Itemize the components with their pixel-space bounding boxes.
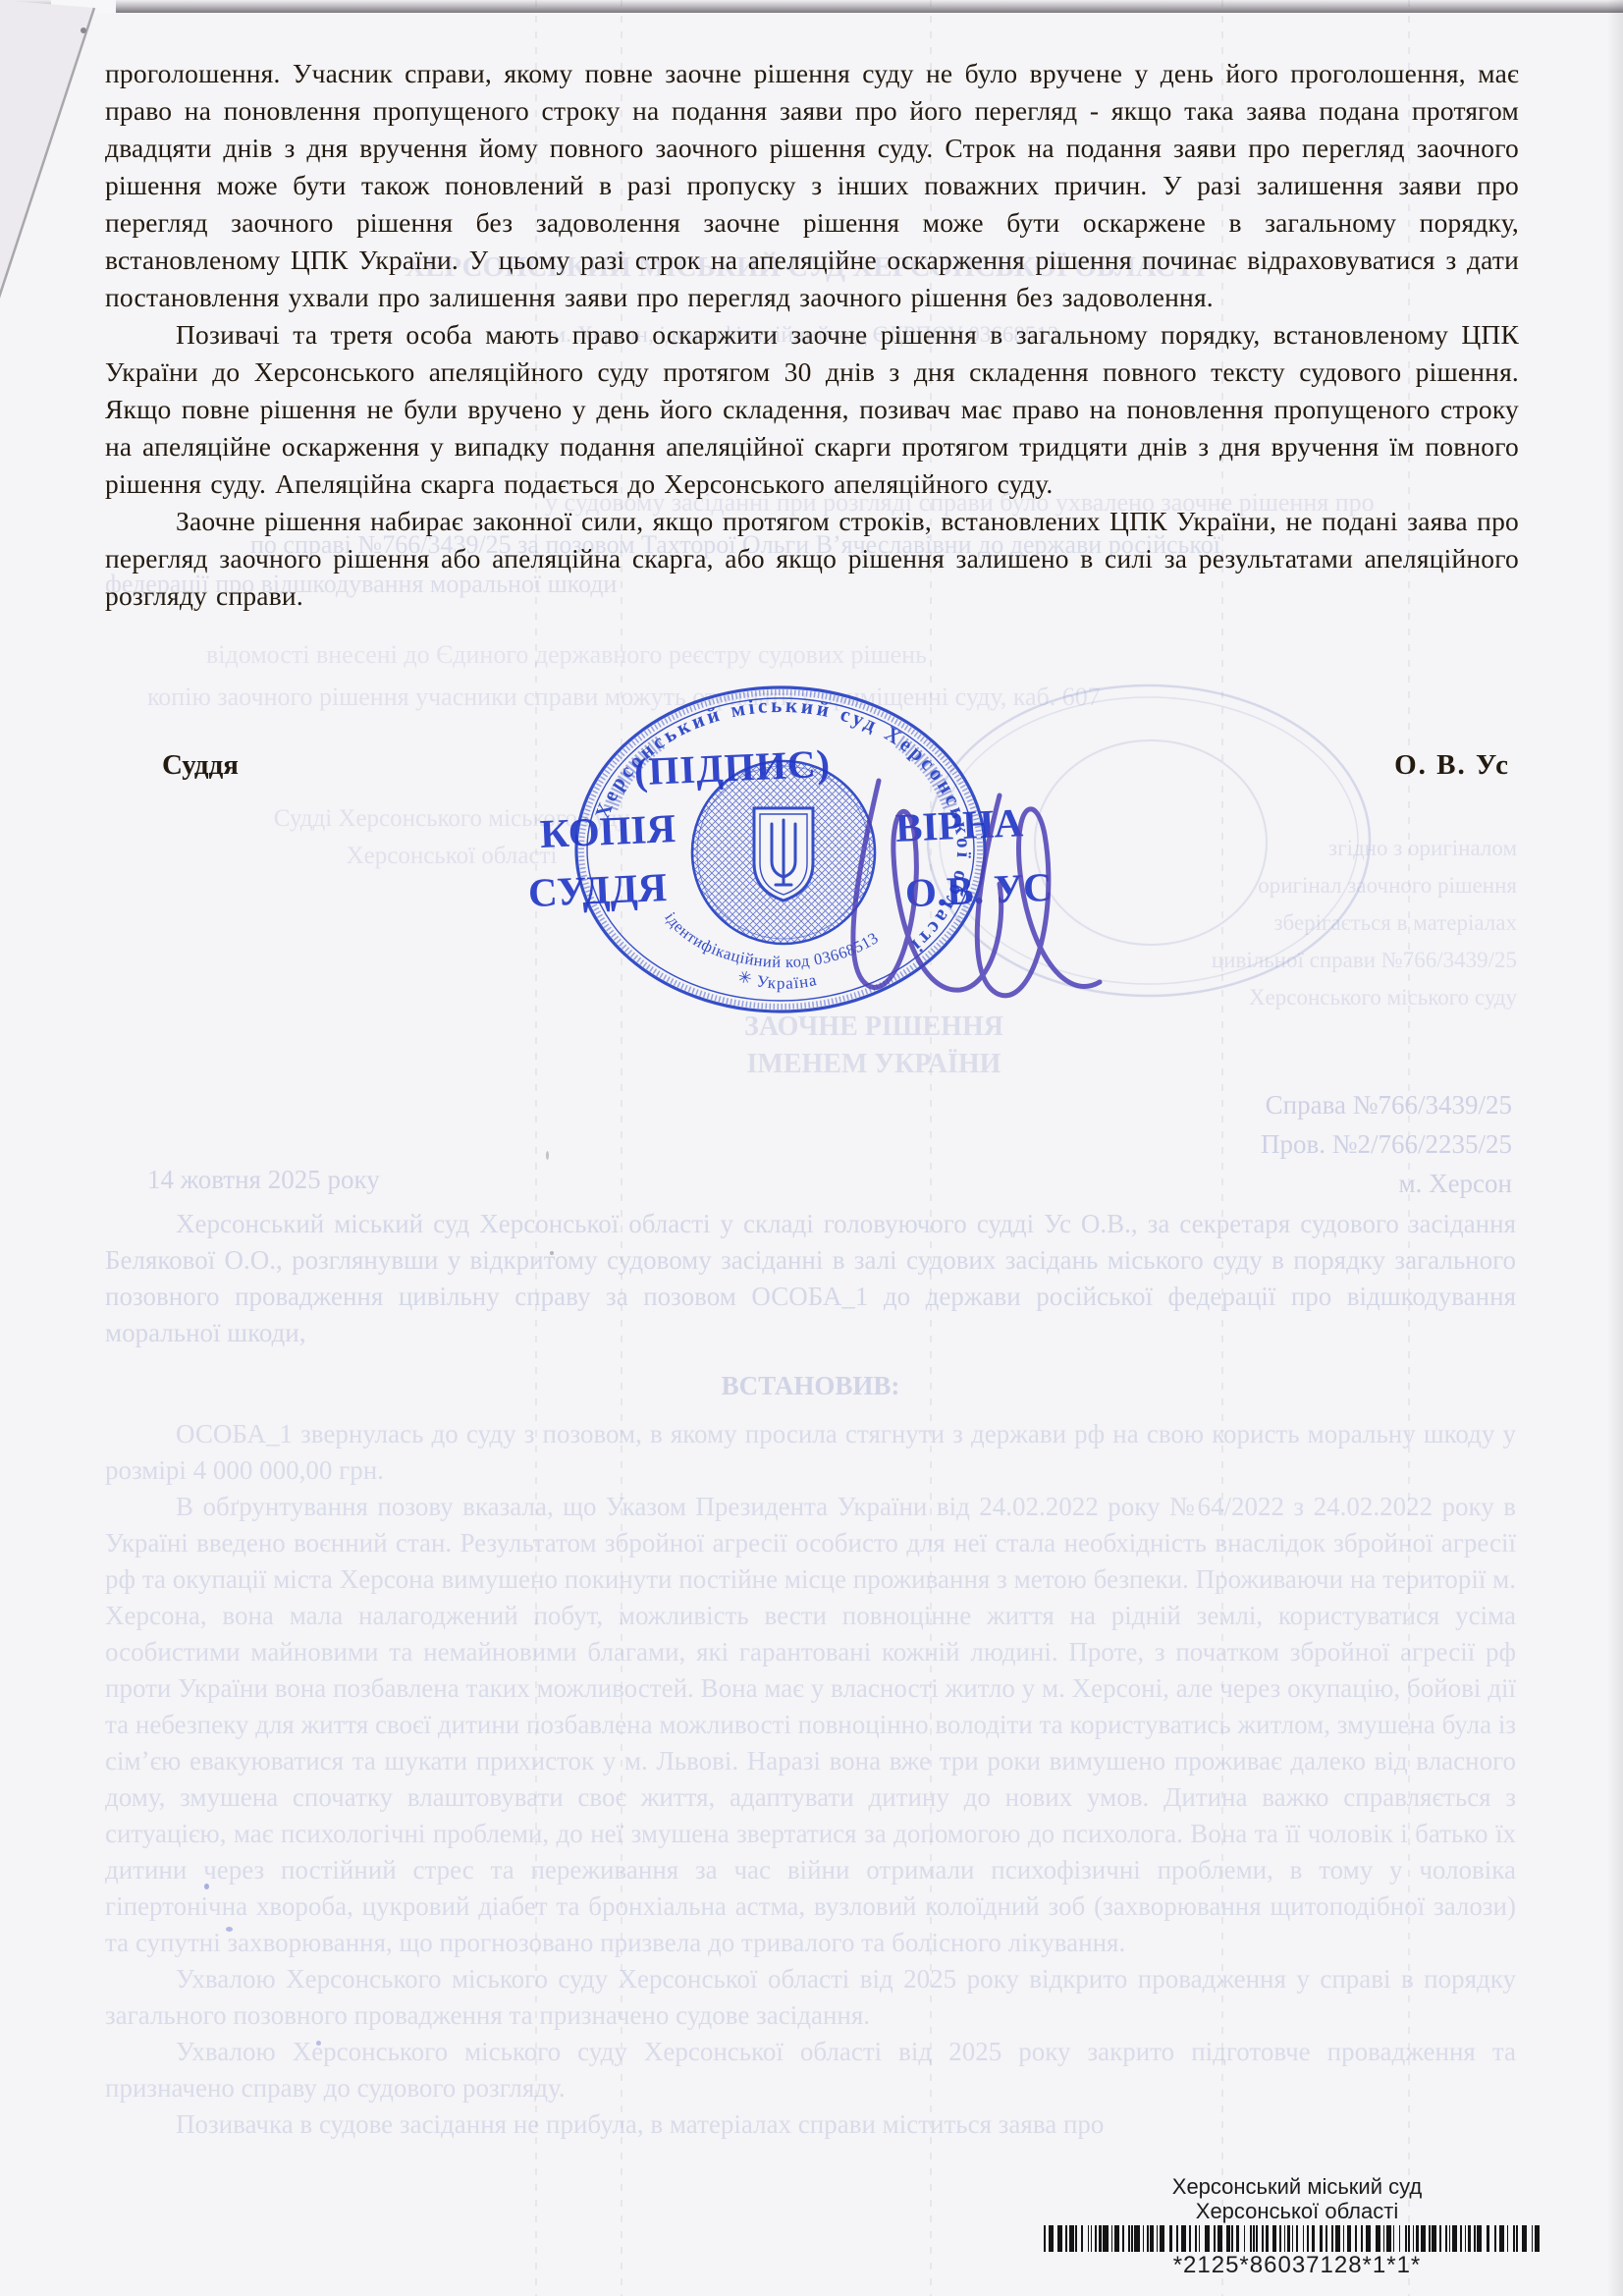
barcode-bar bbox=[1181, 2225, 1186, 2252]
barcode-bar bbox=[1522, 2225, 1527, 2252]
barcode-bar bbox=[1111, 2225, 1113, 2252]
barcode-bar bbox=[1134, 2225, 1139, 2252]
barcode-bar bbox=[1432, 2225, 1436, 2252]
barcode-bar bbox=[1460, 2225, 1462, 2252]
barcode-bar bbox=[1114, 2225, 1119, 2252]
barcode-bar bbox=[1217, 2225, 1222, 2252]
barcode-bar bbox=[1335, 2225, 1340, 2252]
barcode-bar bbox=[1214, 2225, 1216, 2252]
barcode-bar bbox=[1307, 2225, 1309, 2252]
barcode-bar bbox=[1361, 2225, 1363, 2252]
barcode-bar bbox=[1122, 2225, 1124, 2252]
barcode-bar bbox=[1231, 2225, 1233, 2252]
barcode-bar bbox=[1199, 2225, 1201, 2252]
barcode-bar bbox=[1413, 2225, 1415, 2252]
barcode-bar bbox=[1513, 2225, 1515, 2252]
barcode-bar bbox=[1095, 2225, 1097, 2252]
stamp-signature-placeholder: (ПІДПИС) bbox=[633, 740, 832, 795]
bleed-paragraph: Ухвалою Херсонського міського суду Херсо… bbox=[105, 1961, 1516, 2034]
barcode-bar bbox=[1279, 2225, 1281, 2252]
barcode-bar bbox=[1128, 2225, 1130, 2252]
judge-name: О. В. Ус bbox=[1394, 749, 1510, 782]
barcode-bar bbox=[1081, 2225, 1083, 2252]
barcode-bar bbox=[1250, 2225, 1252, 2252]
barcode-bar bbox=[1044, 2225, 1046, 2252]
barcode-bar bbox=[1103, 2225, 1108, 2252]
barcode-bar bbox=[1284, 2225, 1286, 2252]
dust-speck bbox=[546, 1151, 549, 1160]
barcode-bar bbox=[1516, 2225, 1518, 2252]
barcode-bar bbox=[1499, 2225, 1504, 2252]
barcode-bar bbox=[1176, 2225, 1178, 2252]
barcode-bar bbox=[1465, 2225, 1467, 2252]
trident-emblem-icon bbox=[754, 808, 813, 901]
bleed-title-line: ІМЕНЕМ УКРАЇНИ bbox=[677, 1049, 1070, 1080]
barcode-bar bbox=[1487, 2225, 1489, 2252]
barcode-court-line1: Херсонський міський суд bbox=[1044, 2174, 1550, 2199]
barcode-bar bbox=[1343, 2225, 1345, 2252]
barcode-bar bbox=[1494, 2225, 1496, 2252]
bleed-paragraph: ОСОБА_1 звернулась до суду з позовом, в … bbox=[105, 1416, 1516, 1489]
barcode-bar bbox=[1091, 2225, 1093, 2252]
barcode-bar bbox=[1065, 2225, 1067, 2252]
barcode-bar bbox=[1049, 2225, 1054, 2252]
scanned-document-page: ХЕРСОНСЬКИЙ МІСЬКИЙ СУД ХЕРСОНСЬКОЇ ОБЛА… bbox=[0, 0, 1623, 2296]
barcode-court-line2: Херсонської області bbox=[1044, 2199, 1550, 2223]
barcode-bar bbox=[1429, 2225, 1431, 2252]
barcode-bar bbox=[1445, 2225, 1447, 2252]
barcode-bar bbox=[1312, 2225, 1315, 2252]
bleed-meta-line: Пров. №2/766/2235/25 bbox=[1080, 1124, 1512, 1164]
judge-label: Суддя bbox=[162, 749, 239, 782]
barcode-bar bbox=[1099, 2225, 1102, 2252]
barcode-bar bbox=[1347, 2225, 1350, 2252]
barcode-bar bbox=[1069, 2225, 1074, 2252]
bleed-case-meta: Справа №766/3439/25Пров. №2/766/2235/25м… bbox=[1080, 1085, 1512, 1203]
barcode-bar bbox=[1169, 2225, 1172, 2252]
barcode-bar bbox=[1075, 2225, 1077, 2252]
barcode-bar bbox=[1405, 2225, 1407, 2252]
stamp-copy-word: КОПІЯ bbox=[539, 804, 676, 857]
bleed-meta-line: м. Херсон bbox=[1080, 1164, 1512, 1203]
judgment-paragraph: Заочне рішення набирає законної сили, як… bbox=[105, 503, 1519, 615]
bleed-paragraph: Позивачка в судове засідання не прибула,… bbox=[105, 2106, 1516, 2143]
bleed-paragraph: В обґрунтування позову вказала, що Указо… bbox=[105, 1489, 1516, 1961]
barcode-block: Херсонський міський суд Херсонської обла… bbox=[1044, 2174, 1550, 2279]
barcode-bar bbox=[1244, 2225, 1246, 2252]
barcode-bar bbox=[1150, 2225, 1153, 2252]
barcode-bar bbox=[1292, 2225, 1294, 2252]
barcode-bar bbox=[1535, 2225, 1540, 2252]
barcode-bar bbox=[1474, 2225, 1476, 2252]
barcode-bar bbox=[1205, 2225, 1210, 2252]
barcode-bar bbox=[1507, 2225, 1509, 2252]
barcode-bar bbox=[1468, 2225, 1471, 2252]
barcode-bar bbox=[1160, 2225, 1164, 2252]
barcode-bar bbox=[1449, 2225, 1451, 2252]
bleed-intro-paragraph: Херсонський міський суд Херсонської обла… bbox=[105, 1206, 1516, 1351]
bleed-body-text: ОСОБА_1 звернулась до суду з позовом, в … bbox=[105, 1416, 1516, 2143]
barcode-bar bbox=[1189, 2225, 1191, 2252]
barcode-icon bbox=[1044, 2225, 1550, 2252]
barcode-bar bbox=[1452, 2225, 1457, 2252]
barcode-bar bbox=[1157, 2225, 1159, 2252]
barcode-bar bbox=[1143, 2225, 1145, 2252]
barcode-bar bbox=[1195, 2225, 1197, 2252]
barcode-bar bbox=[1355, 2225, 1357, 2252]
bleed-paragraph: Ухвалою Херсонського міського суду Херсо… bbox=[105, 2034, 1516, 2106]
bleed-paragraph: Херсонський міський суд Херсонської обла… bbox=[105, 1206, 1516, 1351]
barcode-bar bbox=[1477, 2225, 1482, 2252]
barcode-bar bbox=[1408, 2225, 1410, 2252]
barcode-bar bbox=[1296, 2225, 1298, 2252]
barcode-bar bbox=[1439, 2225, 1441, 2252]
scan-edge-shade bbox=[1607, 0, 1623, 2296]
judgment-paragraph: проголошення. Учасник справи, якому повн… bbox=[105, 55, 1519, 316]
barcode-bar bbox=[1262, 2225, 1264, 2252]
barcode-bar bbox=[1325, 2225, 1327, 2252]
barcode-bar bbox=[1532, 2225, 1534, 2252]
barcode-bar bbox=[1366, 2225, 1371, 2252]
barcode-bar bbox=[1399, 2225, 1401, 2252]
barcode-bar bbox=[1303, 2225, 1305, 2252]
barcode-bar bbox=[1088, 2225, 1090, 2252]
barcode-bar bbox=[1131, 2225, 1133, 2252]
barcode-bar bbox=[1320, 2225, 1323, 2252]
barcode-bar bbox=[1383, 2225, 1385, 2252]
barcode-bar bbox=[1331, 2225, 1333, 2252]
barcode-bar bbox=[1386, 2225, 1391, 2252]
barcode-bar bbox=[1226, 2225, 1229, 2252]
barcode-bar bbox=[1376, 2225, 1380, 2252]
barcode-value: *2125*86037128*1*1* bbox=[1044, 2252, 1550, 2279]
handwritten-signature bbox=[805, 737, 1139, 1031]
barcode-bar bbox=[1057, 2225, 1062, 2252]
barcode-bar bbox=[1416, 2225, 1419, 2252]
barcode-bar bbox=[1147, 2225, 1149, 2252]
scan-edge-artifact bbox=[0, 0, 1623, 13]
stamp-judge-word: СУДДЯ bbox=[527, 863, 668, 916]
judgment-paragraph: Позивачі та третя особа мають право оска… bbox=[105, 316, 1519, 503]
bleed-date-line: 14 жовтня 2025 року bbox=[147, 1165, 560, 1195]
barcode-bar bbox=[1272, 2225, 1275, 2252]
barcode-bar bbox=[1393, 2225, 1395, 2252]
barcode-bar bbox=[1253, 2225, 1255, 2252]
judgment-text: проголошення. Учасник справи, якому повн… bbox=[105, 55, 1519, 615]
barcode-bar bbox=[1256, 2225, 1258, 2252]
bleed-section-heading: ВСТАНОВИВ: bbox=[105, 1371, 1516, 1401]
barcode-bar bbox=[1266, 2225, 1269, 2252]
bleed-meta-line: Справа №766/3439/25 bbox=[1080, 1085, 1512, 1124]
barcode-bar bbox=[1287, 2225, 1290, 2252]
bleed-line: відомості внесені до Єдиного державного … bbox=[206, 640, 1090, 670]
barcode-bar bbox=[1421, 2225, 1426, 2252]
barcode-bar bbox=[1236, 2225, 1239, 2252]
